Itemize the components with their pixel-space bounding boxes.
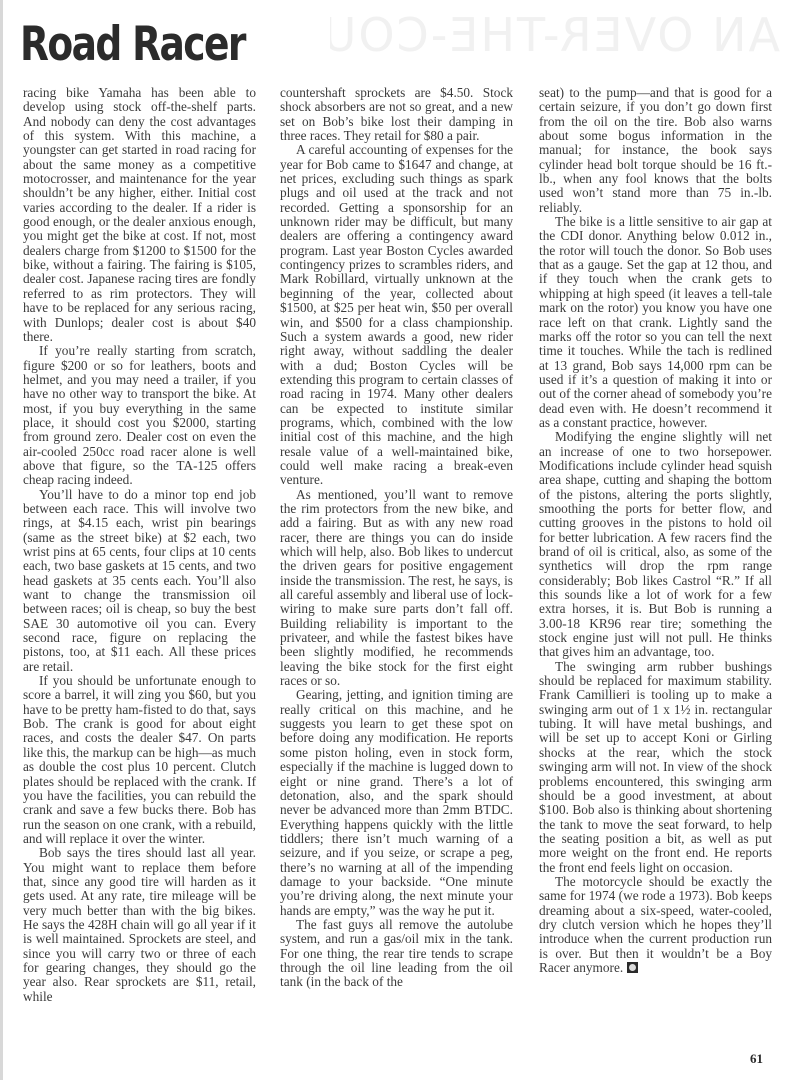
article-title: Road Racer	[20, 16, 245, 74]
page-edge-shadow	[0, 0, 3, 1080]
paragraph: Modifying the engine slightly will net a…	[539, 430, 772, 660]
text-column-2: countershaft sprockets are $4.50. Stock …	[280, 86, 513, 990]
paragraph: countershaft sprockets are $4.50. Stock …	[280, 86, 513, 143]
paragraph-text: The motorcycle should be exactly the sam…	[539, 874, 772, 975]
paragraph: If you’re really starting from scratch, …	[23, 344, 256, 487]
paragraph: Bob says the tires should last all year.…	[23, 846, 256, 1004]
paragraph: As mentioned, you’ll want to remove the …	[280, 488, 513, 689]
page-number: 61	[750, 1051, 763, 1067]
paragraph: The fast guys all remove the autolube sy…	[280, 918, 513, 990]
paragraph: If you should be unfortunate enough to s…	[23, 674, 256, 846]
paragraph: You’ll have to do a minor top end job be…	[23, 488, 256, 674]
text-column-3: seat) to the pump—and that is good for a…	[539, 86, 772, 975]
paragraph: The swinging arm rubber bushings should …	[539, 660, 772, 875]
paragraph: Gearing, jetting, and ignition timing ar…	[280, 688, 513, 918]
end-of-article-icon	[627, 962, 638, 973]
paragraph: The bike is a little sensitive to air ga…	[539, 215, 772, 430]
text-column-1: racing bike Yamaha has been able to deve…	[23, 86, 256, 1004]
paragraph: racing bike Yamaha has been able to deve…	[23, 86, 256, 344]
paragraph: seat) to the pump—and that is good for a…	[539, 86, 772, 215]
show-through-headline: AN OVER-THE-COUNTER RACER	[330, 8, 780, 68]
paragraph: A careful accounting of expenses for the…	[280, 143, 513, 487]
last-paragraph: The motorcycle should be exactly the sam…	[539, 875, 772, 975]
